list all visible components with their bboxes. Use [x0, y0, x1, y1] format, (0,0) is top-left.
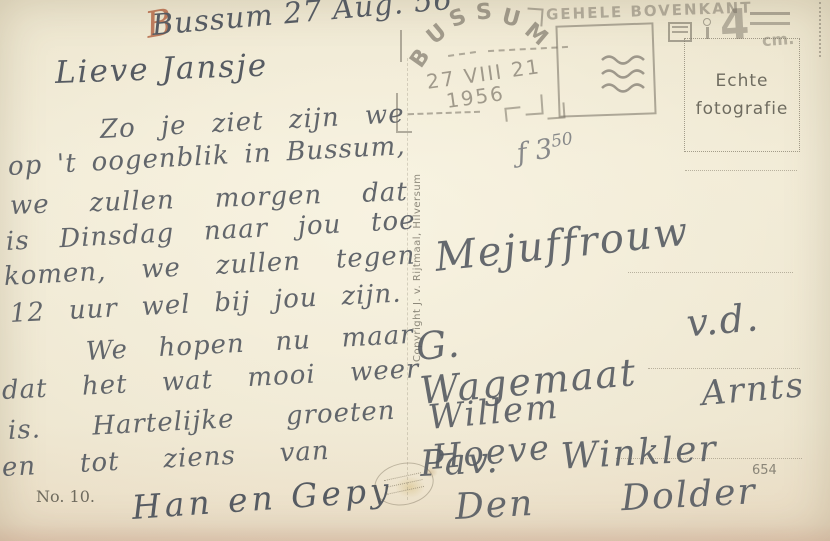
postman-icon: [702, 18, 712, 40]
postmark-town-letter: S: [475, 0, 493, 26]
wavy-lines-icon: [600, 52, 652, 100]
date-line: Bussum 27 Aug. 56: [151, 0, 455, 42]
postmark-dash: [448, 51, 476, 57]
postcard-back: Copyright J. v. Rijtmaal, Hilversum B Bu…: [0, 0, 830, 541]
price-main: ƒ 3: [515, 133, 555, 169]
edge-mark: [819, 2, 821, 57]
slogan-line: [750, 22, 790, 25]
postmark-town-letter: U: [499, 4, 523, 33]
postmark-town-letter: S: [446, 4, 470, 33]
cancel-corner-mark: [526, 7, 543, 26]
stamp-box-line2: fotografie: [685, 99, 799, 119]
price-sup: 50: [550, 129, 575, 152]
cancel-dash-line: [408, 111, 480, 116]
address-line: Mejuffrouw: [433, 207, 704, 281]
address-line-rule: [628, 272, 793, 273]
stamp-box-line1: Echte: [685, 71, 799, 91]
signature: Han en Gepy: [131, 470, 394, 527]
message-line: is. Hartelijke groeten: [7, 396, 396, 446]
address-line-rule: [685, 170, 797, 171]
paper-stain: [0, 524, 830, 541]
card-number: No. 10.: [36, 487, 95, 506]
salutation: Lieve Jansje: [54, 48, 268, 91]
postmark-town-letter: U: [422, 19, 452, 50]
stamp-box: Echte fotografie: [684, 38, 800, 152]
slogan-line: [750, 12, 790, 15]
cancel-corner-mark: [400, 30, 404, 62]
price-note: ƒ 350: [476, 98, 581, 205]
